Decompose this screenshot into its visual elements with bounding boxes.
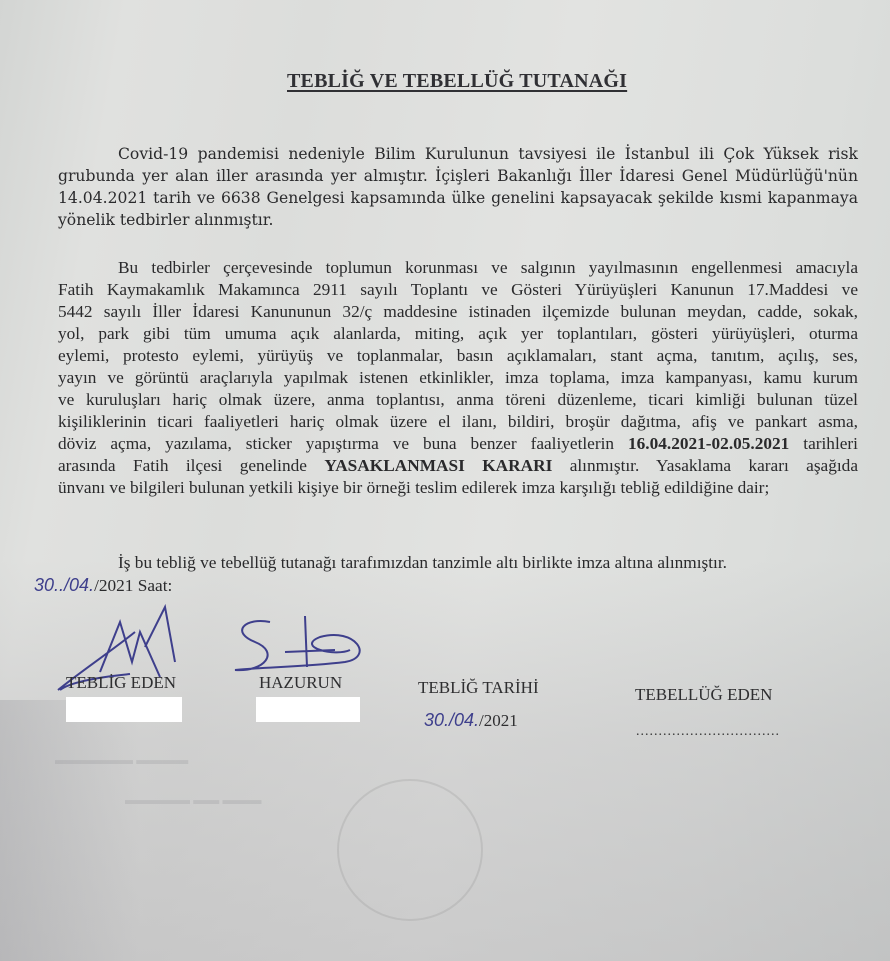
paragraph-line: arasında Fatih ilçesi genelinde YASAKLAN… [58, 455, 858, 477]
redaction-box [66, 697, 182, 722]
date-printed: /2021 [479, 711, 518, 730]
paragraph-line: ünvanı ve bilgileri bulunan yetkili kişi… [58, 477, 858, 499]
ban-decision: YASAKLANMASI KARARI [324, 456, 552, 475]
text-segment: döviz açma, yazılama, sticker yapıştırma… [58, 434, 628, 453]
paragraph-line: yayın ve görüntü araçlarıyla yapılmak is… [58, 367, 858, 389]
text-segment: tarihleri [789, 434, 858, 453]
paragraph-line: 14.04.2021 tarih ve 6638 Genelgesi kapsa… [58, 187, 858, 209]
document-title: TEBLİĞ VE TEBELLÜĞ TUTANAĞI [287, 70, 627, 93]
date-line: 30../04./2021 Saat: [34, 574, 858, 597]
paragraph-closing: İş bu tebliğ ve tebellüğ tutanağı tarafı… [58, 552, 858, 597]
teblig-tarihi-value: 30./04./2021 [424, 710, 518, 731]
paper-shadow-left [0, 700, 140, 961]
paragraph-line: yol, park gibi tüm umuma açık alanlarda,… [58, 323, 858, 345]
date-printed: /2021 Saat: [94, 576, 172, 595]
paragraph-line: Fatih Kaymakamlık Makamınca 2911 sayılı … [58, 279, 858, 301]
bleed-through-stamp [330, 770, 510, 930]
paragraph-line: eylemi, protesto eylemi, yürüyüş ve topl… [58, 345, 858, 367]
paragraph-intro: Covid-19 pandemisi nedeniyle Bilim Kurul… [58, 143, 858, 231]
paragraph-line: döviz açma, yazılama, sticker yapıştırma… [58, 433, 858, 455]
hazurun-label: HAZURUN [259, 673, 342, 693]
bleed-through-text: ▬▬▬▬▬▬ ▬▬▬▬ [55, 752, 188, 768]
signature-hazurun [225, 612, 375, 682]
paragraph-decision: Bu tedbirler çerçevesinde toplumun korun… [58, 257, 858, 499]
paragraph-line: ve kuruluşları hariç olmak üzere, anma t… [58, 389, 858, 411]
handwritten-day: 30.. [34, 575, 64, 595]
tebellug-eden-label: TEBELLÜĞ EDEN [635, 685, 772, 705]
tebellug-signature-line: ................................ [636, 724, 780, 740]
paragraph-line: 5442 sayılı İller İdaresi Kanununun 32/ç… [58, 301, 858, 323]
text-segment: alınmıştır. Yasaklama kararı aşağıda [552, 456, 858, 475]
bleed-through-text: ▬▬▬▬▬ ▬▬ ▬▬▬ [125, 792, 262, 808]
paragraph-line: yönelik tedbirler alınmıştır. [58, 209, 858, 231]
teblig-eden-label: TEBLİG EDEN [66, 673, 176, 693]
redaction-box [256, 697, 360, 722]
paragraph-line: grubunda yer alan iller arasında yer alm… [58, 165, 858, 187]
paragraph-line: Bu tedbirler çerçevesinde toplumun korun… [58, 257, 858, 279]
handwritten-date: 30./04. [424, 710, 479, 730]
paragraph-line: kişiliklerinin ticari faaliyetleri hariç… [58, 411, 858, 433]
text-segment: arasında Fatih ilçesi genelinde [58, 456, 324, 475]
paragraph-line: Covid-19 pandemisi nedeniyle Bilim Kurul… [58, 143, 858, 165]
handwritten-month: /04. [64, 575, 94, 595]
paragraph-line: İş bu tebliğ ve tebellüğ tutanağı tarafı… [58, 552, 858, 574]
ban-date-range: 16.04.2021-02.05.2021 [628, 434, 789, 453]
teblig-tarihi-label: TEBLİĞ TARİHİ [418, 678, 539, 698]
